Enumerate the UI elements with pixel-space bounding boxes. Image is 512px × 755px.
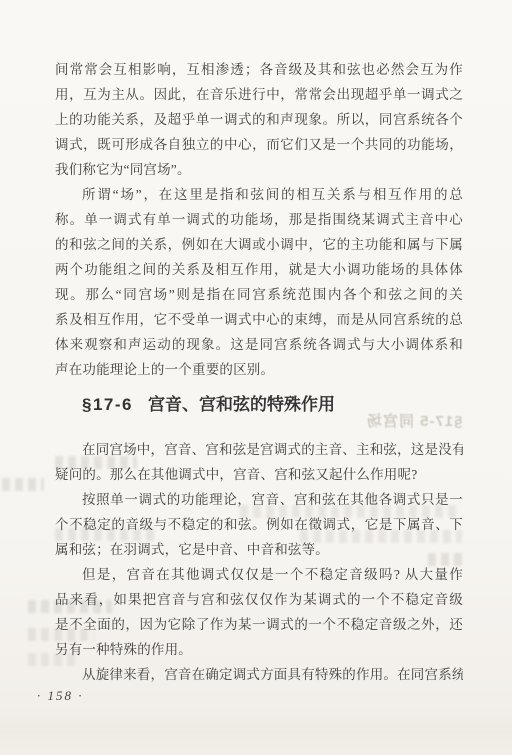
text-line: 间常常会互相影响，互相渗透；各音级及其和弦也必然会互为作	[55, 57, 463, 82]
text-line: 属和弦；在羽调式，它是中音、中音和弦等。	[55, 537, 463, 562]
paragraph: 在同宫场中，宫音、宫和弦是宫调式的主音、主和弦，这是没有疑问的。那么在其他调式中…	[55, 437, 463, 487]
book-page: §17-5 同宫场 间常常会互相影响，互相渗透；各音级及其和弦也必然会互为作用，…	[0, 0, 512, 755]
section-number: §17-6	[82, 395, 133, 414]
text-line: 两个功能组之间的关系及相互作用，就是大小调功能场的具体体	[55, 257, 463, 282]
text-line: 的和弦之间的关系，例如在大调或小调中，它的主功能和属与下属	[55, 232, 463, 257]
text-line: 上的功能关系，及超乎单一调式的和声现象。所以，同宫系统各个	[55, 107, 463, 132]
section-title: 宫音、宫和弦的特殊作用	[148, 395, 335, 414]
paragraph: 但是，宫音在其他调式仅仅是一个不稳定音级吗? 从大量作品来看，如果把宫音与宫和弦…	[55, 562, 463, 662]
text-line: 体来观察和声运动的现象。这是同宫系统各调式与大小调体系和	[55, 332, 463, 357]
text-line: 个不稳定的音级与不稳定的和弦。例如在徵调式，它是下属音、下	[55, 512, 463, 537]
text-line: 另有一种特殊的作用。	[55, 637, 463, 662]
paragraph: 从旋律来看，宫音在确定调式方面具有特殊的作用。在同宫系统	[55, 662, 463, 687]
paragraph: 按照单一调式的功能理论，宫音、宫和弦在其他各调式只是一个不稳定的音级与不稳定的和…	[55, 487, 463, 562]
paragraph: 所谓“场”，在这里是指和弦间的相互关系与相互作用的总称。单一调式有单一调式的功能…	[55, 182, 463, 382]
text-line: 系及相互作用，它不受单一调式中心的束缚，而是从同宫系统的总	[55, 307, 463, 332]
text-line: 我们称它为“同宫场”。	[55, 157, 463, 182]
text-line: 用，互为主从。因此，在音乐进行中，常常会出现超乎单一调式之	[55, 82, 463, 107]
text-line: 声在功能理论上的一个重要的区别。	[55, 357, 463, 382]
body-paragraphs-top: 间常常会互相影响，互相渗透；各音级及其和弦也必然会互为作用，互为主从。因此，在音…	[55, 57, 463, 382]
page-number: · 158 ·	[37, 688, 463, 704]
text-line: 按照单一调式的功能理论，宫音、宫和弦在其他各调式只是一	[55, 487, 463, 512]
text-line: 称。单一调式有单一调式的功能场，那是指围绕某调式主音中心	[55, 207, 463, 232]
text-line: 疑问的。那么在其他调式中，宫音、宫和弦又起什么作用呢?	[55, 462, 463, 487]
text-line: 但是，宫音在其他调式仅仅是一个不稳定音级吗? 从大量作	[55, 562, 463, 587]
page-content: 间常常会互相影响，互相渗透；各音级及其和弦也必然会互为作用，互为主从。因此，在音…	[55, 57, 463, 704]
text-line: 是不全面的，因为它除了作为某一调式的一个不稳定音级之外，还	[55, 612, 463, 637]
text-line: 所谓“场”，在这里是指和弦间的相互关系与相互作用的总	[55, 182, 463, 207]
text-line: 现。那么“同宫场”则是指在同宫系统范围内各个和弦之间的关	[55, 282, 463, 307]
text-line: 在同宫场中，宫音、宫和弦是宫调式的主音、主和弦，这是没有	[55, 437, 463, 462]
text-line: 品来看，如果把宫音与宫和弦仅仅作为某调式的一个不稳定音级	[55, 587, 463, 612]
paragraph: 间常常会互相影响，互相渗透；各音级及其和弦也必然会互为作用，互为主从。因此，在音…	[55, 57, 463, 182]
text-line: 从旋律来看，宫音在确定调式方面具有特殊的作用。在同宫系统	[55, 662, 463, 687]
text-line: 调式，既可形成各自独立的中心，而它们又是一个共同的功能场，	[55, 132, 463, 157]
section-heading: §17-6宫音、宫和弦的特殊作用	[55, 393, 463, 417]
body-paragraphs-bottom: 在同宫场中，宫音、宫和弦是宫调式的主音、主和弦，这是没有疑问的。那么在其他调式中…	[55, 437, 463, 687]
bleed-through-smudge	[2, 478, 44, 491]
